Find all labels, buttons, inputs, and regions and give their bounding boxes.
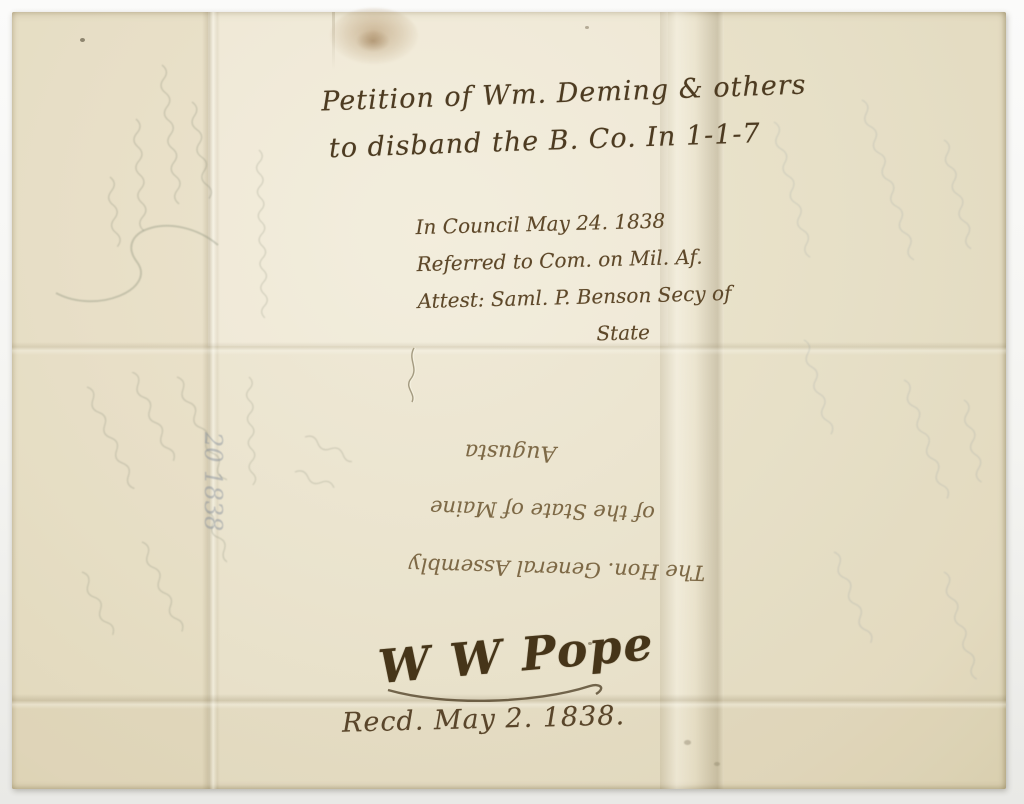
- smudge: [684, 740, 691, 745]
- brown-stain-core: [356, 30, 390, 52]
- ghost-writing-left-bottom: [22, 372, 227, 727]
- received-stamp-line: Recd. May 2. 1838.: [342, 700, 626, 738]
- folded-paper-sheet: 20 1838 Petition of Wm. Deming & others …: [12, 12, 1006, 789]
- address-line3: Augusta: [258, 416, 557, 482]
- scanned-document-canvas: 20 1838 Petition of Wm. Deming & others …: [0, 0, 1024, 804]
- inverted-address-block: The Hon. General Assembly of the State o…: [255, 404, 710, 602]
- ghost-writing-left-top: [40, 57, 235, 402]
- address-line1: The Hon. General Assembly: [255, 532, 706, 602]
- ghost-date-text: 20 1838: [199, 432, 227, 531]
- address-line2: of the State of Maine: [256, 474, 655, 542]
- ink-speck: [585, 26, 589, 29]
- attest-line-continued: State: [596, 312, 733, 353]
- ghost-writing-right: [712, 82, 1002, 732]
- docket-title: Petition of Wm. Deming & others to disba…: [321, 62, 809, 173]
- smudge: [714, 762, 720, 766]
- vertical-fold-crease-left: [202, 12, 220, 789]
- ink-speck: [80, 38, 85, 42]
- council-docket: In Council May 24. 1838 Referred to Com.…: [415, 201, 733, 357]
- ghost-s-flourish: [56, 226, 218, 301]
- left-fold-panel: [12, 12, 208, 789]
